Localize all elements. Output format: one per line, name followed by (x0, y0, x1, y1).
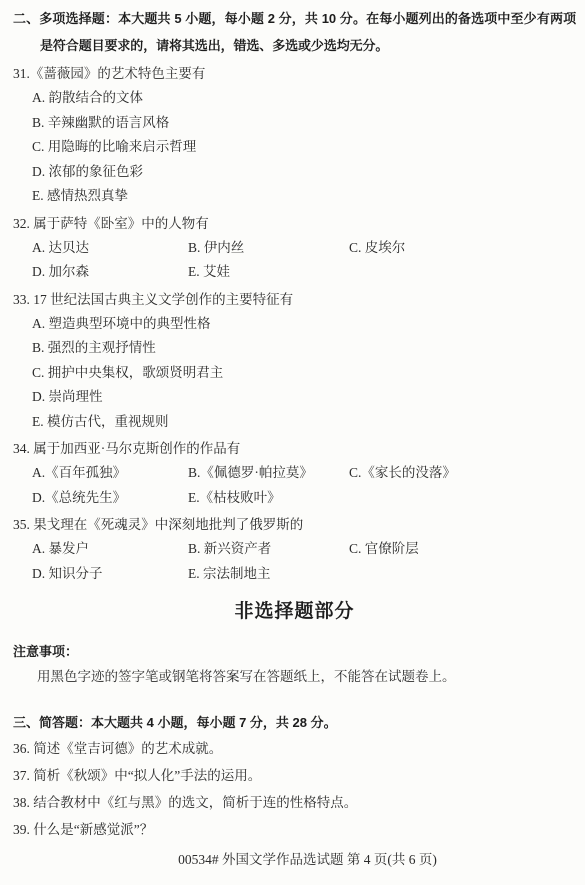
notice-body: 用黑色字迹的签字笔或钢笔将答案写在答题纸上，不能答在试题卷上。 (13, 664, 576, 689)
page-footer: 00534# 外国文学作品选试题 第 4 页(共 6 页) (26, 847, 585, 872)
question-33-stem: 33. 17 世纪法国古典主义文学创作的主要特征有 (13, 287, 576, 312)
question-31-option-a: A. 韵散结合的文体 (13, 86, 576, 111)
question-32: 32. 属于萨特《卧室》中的人物有 A. 达贝达 B. 伊内丝 C. 皮埃尔 D… (13, 211, 576, 285)
question-38: 38. 结合教材中《红与黑》的选文，简析于连的性格特点。 (13, 789, 576, 816)
question-32-option-c: C. 皮埃尔 (349, 236, 576, 261)
question-33-options: A. 塑造典型环境中的典型性格 B. 强烈的主观抒情性 C. 拥护中央集权，歌颂… (13, 312, 576, 435)
question-31-option-b: B. 辛辣幽默的语言风格 (13, 111, 576, 136)
question-33-option-b: B. 强烈的主观抒情性 (13, 336, 576, 361)
sa-section-header: 三、简答题：本大题共 4 小题，每小题 7 分，共 28 分。 (13, 710, 576, 735)
question-35-option-e: E. 宗法制地主 (188, 562, 349, 587)
question-33-option-c: C. 拥护中央集权，歌颂贤明君主 (13, 361, 576, 386)
question-32-option-a: A. 达贝达 (32, 236, 188, 261)
notice-label: 注意事项： (13, 639, 576, 664)
question-34-option-e: E.《枯枝败叶》 (188, 486, 349, 511)
question-32-option-d: D. 加尔森 (32, 260, 188, 285)
question-31-option-d: D. 浓郁的象征色彩 (13, 160, 576, 185)
question-32-option-b: B. 伊内丝 (188, 236, 349, 261)
question-33: 33. 17 世纪法国古典主义文学创作的主要特征有 A. 塑造典型环境中的典型性… (13, 287, 576, 435)
question-35-options: A. 暴发户 B. 新兴资产者 C. 官僚阶层 D. 知识分子 E. 宗法制地主 (13, 537, 576, 586)
question-39: 39. 什么是“新感觉派”？ (13, 816, 576, 843)
question-31-option-e: E. 感情热烈真挚 (13, 184, 576, 209)
question-32-stem: 32. 属于萨特《卧室》中的人物有 (13, 211, 576, 236)
question-36: 36. 简述《堂吉诃德》的艺术成就。 (13, 735, 576, 762)
question-34: 34. 属于加西亚·马尔克斯创作的作品有 A.《百年孤独》 B.《佩德罗·帕拉莫… (13, 436, 576, 510)
question-34-option-c: C.《家长的没落》 (349, 461, 576, 486)
question-35-option-c: C. 官僚阶层 (349, 537, 576, 562)
question-35-stem: 35. 果戈理在《死魂灵》中深刻地批判了俄罗斯的 (13, 512, 576, 537)
question-35: 35. 果戈理在《死魂灵》中深刻地批判了俄罗斯的 A. 暴发户 B. 新兴资产者… (13, 512, 576, 586)
question-32-options: A. 达贝达 B. 伊内丝 C. 皮埃尔 D. 加尔森 E. 艾娃 (13, 236, 576, 285)
question-37: 37. 简析《秋颂》中“拟人化”手法的运用。 (13, 762, 576, 789)
question-31-option-c: C. 用隐晦的比喻来启示哲理 (13, 135, 576, 160)
question-34-option-d: D.《总统先生》 (32, 486, 188, 511)
question-32-option-e: E. 艾娃 (188, 260, 349, 285)
question-33-option-a: A. 塑造典型环境中的典型性格 (13, 312, 576, 337)
question-31: 31.《蔷薇园》的艺术特色主要有 A. 韵散结合的文体 B. 辛辣幽默的语言风格… (13, 61, 576, 209)
nonselect-section-title: 非选择题部分 (13, 598, 576, 626)
mc-section-header: 二、多项选择题：本大题共 5 小题，每小题 2 分，共 10 分。在每小题列出的… (13, 5, 576, 59)
question-34-option-b: B.《佩德罗·帕拉莫》 (188, 461, 349, 486)
question-31-stem: 31.《蔷薇园》的艺术特色主要有 (13, 61, 576, 86)
question-34-stem: 34. 属于加西亚·马尔克斯创作的作品有 (13, 436, 576, 461)
question-35-option-b: B. 新兴资产者 (188, 537, 349, 562)
question-33-option-d: D. 崇尚理性 (13, 385, 576, 410)
question-34-options: A.《百年孤独》 B.《佩德罗·帕拉莫》 C.《家长的没落》 D.《总统先生》 … (13, 461, 576, 510)
question-34-option-a: A.《百年孤独》 (32, 461, 188, 486)
question-31-options: A. 韵散结合的文体 B. 辛辣幽默的语言风格 C. 用隐晦的比喻来启示哲理 D… (13, 86, 576, 209)
question-33-option-e: E. 模仿古代，重视规则 (13, 410, 576, 435)
exam-page: 二、多项选择题：本大题共 5 小题，每小题 2 分，共 10 分。在每小题列出的… (0, 0, 585, 885)
question-35-option-d: D. 知识分子 (32, 562, 188, 587)
question-35-option-a: A. 暴发户 (32, 537, 188, 562)
